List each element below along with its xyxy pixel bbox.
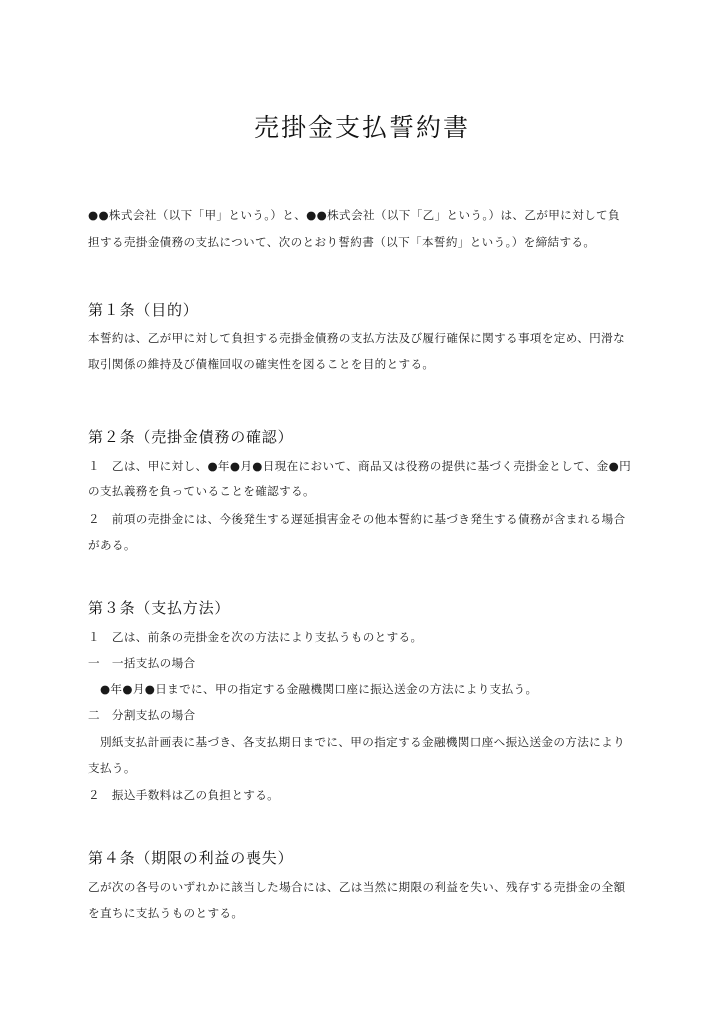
article-1-line: 取引関係の維持及び債権回収の確実性を図ることを目的とする。	[88, 355, 648, 373]
article-1-line: 本誓約は、乙が甲に対して負担する売掛金債務の支払方法及び履行確保に関する事項を定…	[88, 329, 648, 347]
article-3-heading: 第３条（支払方法）	[88, 597, 230, 619]
article-3-line: ２ 振込手数料は乙の負担とする。	[88, 786, 648, 804]
document-page: 売掛金支払誓約書 ●●株式会社（以下「甲」という。）と、●●株式会社（以下「乙」…	[0, 0, 724, 1024]
article-2-line: ２ 前項の売掛金には、今後発生する遅延損害金その他本誓約に基づき発生する債務が含…	[88, 510, 648, 528]
article-3-line: 別紙支払計画表に基づき、各支払期日までに、甲の指定する金融機関口座へ振込送金の方…	[88, 733, 648, 751]
article-1-heading: 第１条（目的）	[88, 299, 199, 321]
article-2-line: １ 乙は、甲に対し、●年●月●日現在において、商品又は役務の提供に基づく売掛金と…	[88, 457, 648, 475]
article-2-heading: 第２条（売掛金債務の確認）	[88, 426, 293, 448]
article-4-line: を直ちに支払うものとする。	[88, 904, 648, 922]
article-4-line: 乙が次の各号のいずれかに該当した場合には、乙は当然に期限の利益を失い、残存する売…	[88, 878, 648, 896]
article-3-line: 二 分割支払の場合	[88, 706, 648, 724]
article-4-heading: 第４条（期限の利益の喪失）	[88, 847, 293, 869]
document-title: 売掛金支払誓約書	[0, 110, 724, 146]
intro-line: 担する売掛金債務の支払について、次のとおり誓約書（以下「本誓約」という。）を締結…	[88, 233, 648, 251]
article-2-line: がある。	[88, 536, 648, 554]
article-2-line: の支払義務を負っていることを確認する。	[88, 482, 648, 500]
article-3-line: １ 乙は、前条の売掛金を次の方法により支払うものとする。	[88, 628, 648, 646]
article-3-line: 支払う。	[88, 759, 648, 777]
article-3-line: 一 一括支払の場合	[88, 654, 648, 672]
intro-line: ●●株式会社（以下「甲」という。）と、●●株式会社（以下「乙」という。）は、乙が…	[88, 206, 648, 224]
article-3-line: ●年●月●日までに、甲の指定する金融機関口座に振込送金の方法により支払う。	[88, 680, 648, 698]
